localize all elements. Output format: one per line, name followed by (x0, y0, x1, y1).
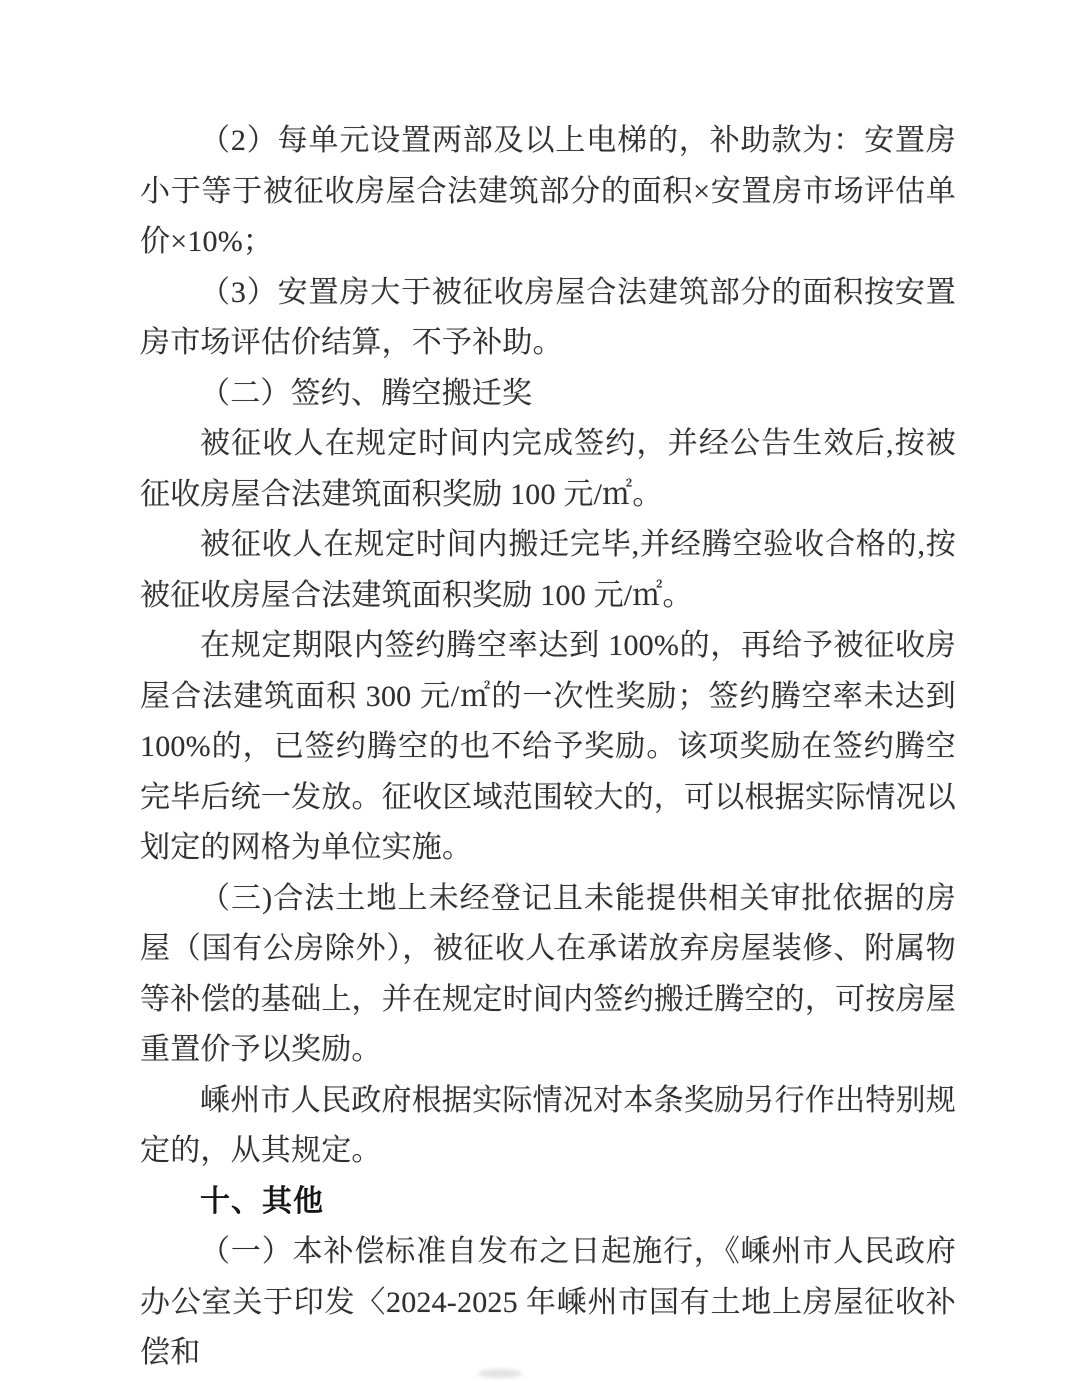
document-page: （2）每单元设置两部及以上电梯的，补助款为：安置房小于等于被征收房屋合法建筑部分… (0, 0, 1080, 1382)
paragraph: （3）安置房大于被征收房屋合法建筑部分的面积按安置房市场评估价结算，不予补助。 (140, 268, 956, 369)
paragraph: （二）签约、腾空搬迁奖 (140, 369, 956, 420)
paragraph: （2）每单元设置两部及以上电梯的，补助款为：安置房小于等于被征收房屋合法建筑部分… (140, 116, 956, 268)
paragraph: 嵊州市人民政府根据实际情况对本条奖励另行作出特别规定的，从其规定。 (140, 1076, 956, 1177)
paragraph: （一）本补偿标准自发布之日起施行，《嵊州市人民政府办公室关于印发〈2024-20… (140, 1227, 956, 1379)
paragraph: 被征收人在规定时间内搬迁完毕,并经腾空验收合格的,按被征收房屋合法建筑面积奖励 … (140, 520, 956, 621)
page-number-smudge-artifact (478, 1369, 522, 1378)
document-body: （2）每单元设置两部及以上电梯的，补助款为：安置房小于等于被征收房屋合法建筑部分… (140, 116, 956, 1379)
section-heading: 十、其他 (140, 1177, 956, 1228)
paragraph: 在规定期限内签约腾空率达到 100%的，再给予被征收房屋合法建筑面积 300 元… (140, 621, 956, 874)
paragraph: 被征收人在规定时间内完成签约，并经公告生效后,按被征收房屋合法建筑面积奖励 10… (140, 419, 956, 520)
paragraph: （三)合法土地上未经登记且未能提供相关审批依据的房屋（国有公房除外），被征收人在… (140, 874, 956, 1076)
